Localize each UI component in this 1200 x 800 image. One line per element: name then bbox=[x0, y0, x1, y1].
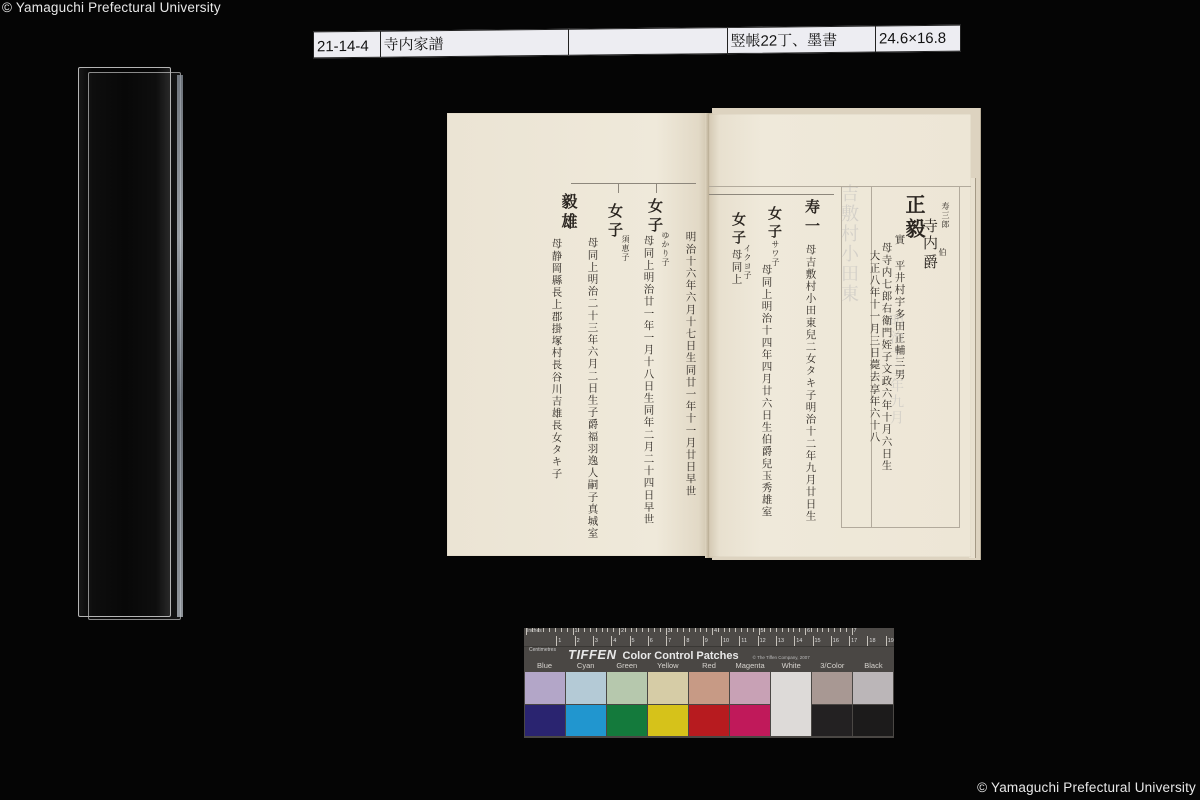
frame-line bbox=[841, 187, 842, 527]
entry-name: 寿一 bbox=[804, 199, 819, 237]
ruler-tick bbox=[532, 628, 533, 632]
ruler-tick bbox=[602, 628, 603, 632]
head-birth: 母寺内七郎右衛門姪子文政六年十月六日生 bbox=[881, 242, 892, 472]
ruler-cm-number: 15 bbox=[815, 638, 821, 644]
ruler-tick bbox=[822, 628, 823, 632]
ruler-inch-number: 2 bbox=[621, 628, 624, 634]
ruler-cm-number: 13 bbox=[778, 638, 784, 644]
ruler-cm-number: 12 bbox=[760, 638, 766, 644]
ruler-tick bbox=[729, 628, 730, 632]
ruler-inch-number: 6 bbox=[807, 628, 810, 634]
color-patch bbox=[689, 672, 729, 704]
document-title: 寺内家譜 bbox=[380, 29, 570, 58]
ruler-tick bbox=[660, 628, 661, 632]
entry-text: 母同上明治二十三年六月二日生子爵福羽逸人嗣子真城室 bbox=[587, 237, 598, 540]
entry-text: 母同上 bbox=[731, 249, 742, 285]
entry-subname: 須恵子 bbox=[621, 235, 629, 262]
entry-text: 母同上明治廿一年一月十八日生同年二月二十四日早世 bbox=[643, 235, 654, 525]
head-title: 寺内 bbox=[922, 218, 937, 252]
color-patch bbox=[730, 672, 770, 704]
ruler-cm-tick bbox=[794, 636, 795, 646]
patch-column-magenta bbox=[730, 672, 770, 736]
ruler-tick bbox=[555, 628, 556, 632]
ruler-tick bbox=[834, 628, 835, 632]
ruler-tick bbox=[625, 628, 626, 632]
ruler-tick bbox=[712, 628, 713, 635]
ruler-cm-tick bbox=[886, 636, 887, 646]
ruler-tick bbox=[689, 628, 690, 632]
ruler-cm-tick bbox=[703, 636, 704, 646]
ruler-tick bbox=[741, 628, 742, 632]
patch-label: Cyan bbox=[565, 661, 606, 670]
copyright-watermark-bottom: © Yamaguchi Prefectural University bbox=[977, 780, 1196, 795]
ruler-tick bbox=[666, 628, 667, 635]
color-patch bbox=[566, 672, 606, 704]
patch-column-white bbox=[771, 672, 811, 736]
ruler-cm-tick bbox=[593, 636, 594, 646]
ruler-cm-number: 7 bbox=[668, 638, 671, 644]
color-patch bbox=[812, 672, 852, 704]
color-patch bbox=[771, 672, 811, 736]
color-patch bbox=[853, 705, 893, 737]
ruler-cm-number: 19 bbox=[888, 638, 894, 644]
ruler-cm-number: 6 bbox=[650, 638, 653, 644]
open-document-book: 明治十六年六月十七日生同廿一年十一月廿日早世 女子 ゆかり子 母同上明治廿一年一… bbox=[447, 108, 982, 563]
document-size: 24.6×16.8 bbox=[875, 25, 961, 53]
color-patches bbox=[525, 672, 893, 736]
ruler-cm-number: 9 bbox=[705, 638, 708, 644]
ruler-tick bbox=[573, 628, 574, 635]
ruler-cm-tick bbox=[776, 636, 777, 646]
color-patch bbox=[648, 705, 688, 737]
ruler-tick bbox=[759, 628, 760, 635]
entry-name: 毅雄 bbox=[560, 193, 576, 233]
head-death: 大正八年十一月三日薨去享年六十八 bbox=[869, 250, 880, 444]
ruler-tick bbox=[613, 628, 614, 632]
ruler-cm-label: Centimetres bbox=[529, 647, 556, 653]
ruler-cm-number: 3 bbox=[595, 638, 598, 644]
ruler-tick bbox=[852, 628, 853, 635]
ruler-cm-number: 1 bbox=[558, 638, 561, 644]
ruler-cm-number: 16 bbox=[833, 638, 839, 644]
ruler-tick bbox=[648, 628, 649, 632]
measurement-ruler: Inches 123456712345678910111213141516171… bbox=[524, 628, 894, 647]
ruler-cm-number: 11 bbox=[741, 638, 747, 644]
entry-subname: イクヨ子 bbox=[743, 244, 751, 280]
patch-column-cyan bbox=[566, 672, 606, 736]
entry-text: 母同上明治十四年四月廿六日生伯爵兒玉秀雄室 bbox=[761, 264, 772, 518]
ruler-tick bbox=[584, 628, 585, 632]
patch-label: Blue bbox=[524, 661, 565, 670]
patch-label: Green bbox=[606, 661, 647, 670]
ruler-tick bbox=[631, 628, 632, 632]
ruler-cm-number: 2 bbox=[577, 638, 580, 644]
ruler-tick bbox=[695, 628, 696, 632]
entry-name: 女子 bbox=[607, 203, 622, 241]
ruler-cm-tick bbox=[666, 636, 667, 646]
frame-line bbox=[959, 187, 960, 527]
right-page: 吉敷村小田東 明治十二年九月 正毅 寿三郎 寺内 伯 爵 實 平井村宇多田正輔三… bbox=[709, 114, 971, 557]
color-patch bbox=[730, 705, 770, 737]
ruler-cm-tick bbox=[758, 636, 759, 646]
ruler-tick bbox=[811, 628, 812, 632]
ruler-tick bbox=[677, 628, 678, 632]
head-note: 寿三郎 bbox=[941, 202, 949, 229]
head-title-rank: 伯 bbox=[938, 248, 946, 257]
left-page: 明治十六年六月十七日生同廿一年十一月廿日早世 女子 ゆかり子 母同上明治廿一年一… bbox=[447, 113, 709, 556]
ruler-tick bbox=[706, 628, 707, 632]
genealogy-branch bbox=[618, 183, 619, 193]
color-patch bbox=[607, 705, 647, 737]
head-title-peerage: 爵 bbox=[922, 254, 937, 271]
label-blank-cell bbox=[568, 27, 728, 56]
ruler-inch-number: 7 bbox=[854, 628, 857, 634]
ruler-inch-number: 5 bbox=[761, 628, 764, 634]
color-patch bbox=[689, 705, 729, 737]
ruler-tick bbox=[817, 628, 818, 632]
ruler-tick bbox=[671, 628, 672, 632]
patch-label: Red bbox=[688, 661, 729, 670]
entry-name: 女子 bbox=[731, 212, 745, 248]
ruler-tick bbox=[642, 628, 643, 632]
ruler-cm-tick bbox=[611, 636, 612, 646]
ruler-tick bbox=[840, 628, 841, 632]
ruler-cm-tick bbox=[867, 636, 868, 646]
ruler-cm-tick bbox=[813, 636, 814, 646]
color-patch bbox=[812, 705, 852, 737]
entry-name: 女子 bbox=[767, 206, 781, 242]
ruler-cm-number: 5 bbox=[632, 638, 635, 644]
color-patch bbox=[853, 672, 893, 704]
color-patch bbox=[566, 705, 606, 737]
ruler-cm-tick bbox=[556, 636, 557, 646]
ruler-tick bbox=[793, 628, 794, 632]
tiffen-logo: TIFFEN bbox=[568, 647, 617, 662]
glass-front-plate bbox=[78, 67, 171, 617]
ruler-cm-number: 8 bbox=[686, 638, 689, 644]
ruler-tick bbox=[770, 628, 771, 632]
ruler-tick bbox=[764, 628, 765, 632]
ruler-cm-number: 14 bbox=[796, 638, 802, 644]
ruler-tick bbox=[753, 628, 754, 632]
ruler-tick bbox=[590, 628, 591, 632]
ruler-tick bbox=[735, 628, 736, 632]
color-control-chart: Inches 123456712345678910111213141516171… bbox=[524, 628, 894, 738]
patch-label: Magenta bbox=[730, 661, 771, 670]
ruler-tick bbox=[567, 628, 568, 632]
entry-name: 女子 bbox=[647, 198, 662, 236]
ruler-cm-tick bbox=[575, 636, 576, 646]
ruler-tick bbox=[636, 628, 637, 632]
ruler-tick bbox=[526, 628, 527, 635]
patch-column-red bbox=[689, 672, 729, 736]
chart-copyright: © The Tiffen Company, 2007 bbox=[753, 655, 810, 660]
patch-label: Yellow bbox=[647, 661, 688, 670]
ruler-inch-number: 1 bbox=[575, 628, 578, 634]
document-format: 竪帳22丁、墨書 bbox=[727, 26, 877, 55]
ruler-tick bbox=[718, 628, 719, 632]
ruler-tick bbox=[724, 628, 725, 632]
ruler-tick bbox=[683, 628, 684, 632]
ruler-tick bbox=[799, 628, 800, 632]
patch-column-black bbox=[853, 672, 893, 736]
glass-edge bbox=[177, 75, 183, 617]
ruler-tick bbox=[747, 628, 748, 632]
genealogy-connector bbox=[571, 183, 696, 184]
ruler-cm-tick bbox=[648, 636, 649, 646]
ruler-tick bbox=[543, 628, 544, 632]
glass-weight-bar bbox=[78, 67, 183, 621]
frame-line bbox=[709, 186, 971, 187]
genealogy-branch bbox=[656, 183, 657, 193]
ruler-tick bbox=[788, 628, 789, 632]
patch-label: 3/Color bbox=[812, 661, 853, 670]
catalog-id: 21-14-4 bbox=[313, 31, 381, 59]
ruler-inch-number: 3 bbox=[668, 628, 671, 634]
ruler-inch-number: 4 bbox=[714, 628, 717, 634]
patch-column-yellow bbox=[648, 672, 688, 736]
entry-text: 母吉敷村小田東兒二女タキ子明治十二年九月廿日生 bbox=[805, 244, 816, 522]
ruler-tick bbox=[538, 628, 539, 632]
color-patch bbox=[525, 705, 565, 737]
patch-label: White bbox=[771, 661, 812, 670]
color-patch bbox=[525, 672, 565, 704]
patch-label: Black bbox=[853, 661, 894, 670]
ruler-tick bbox=[596, 628, 597, 632]
color-patch bbox=[648, 672, 688, 704]
patch-names: BlueCyanGreenYellowRedMagentaWhite3/Colo… bbox=[524, 661, 894, 670]
entry-text: 母静岡縣長上郡掛塚村長谷川吉雄長女タキ子 bbox=[551, 238, 562, 480]
ruler-tick bbox=[782, 628, 783, 632]
ruler-tick bbox=[607, 628, 608, 632]
ruler-cm-tick bbox=[831, 636, 832, 646]
color-patch bbox=[607, 672, 647, 704]
ruler-cm-number: 17 bbox=[851, 638, 857, 644]
genealogy-connector bbox=[709, 194, 834, 195]
ruler-cm-tick bbox=[721, 636, 722, 646]
ruler-tick bbox=[828, 628, 829, 632]
ruler-cm-number: 18 bbox=[869, 638, 875, 644]
entry-text: 明治十六年六月十七日生同廿一年十一月廿日早世 bbox=[685, 231, 696, 497]
ruler-tick bbox=[561, 628, 562, 632]
ruler-cm-tick bbox=[739, 636, 740, 646]
ruler-inches-label: Inches bbox=[527, 628, 542, 634]
ruler-cm-number: 4 bbox=[613, 638, 616, 644]
ruler-cm-tick bbox=[849, 636, 850, 646]
ruler-tick bbox=[776, 628, 777, 632]
ruler-tick bbox=[578, 628, 579, 632]
catalog-label-strip: 21-14-4 寺内家譜 竪帳22丁、墨書 24.6×16.8 bbox=[313, 25, 963, 59]
copyright-watermark-top: © Yamaguchi Prefectural University bbox=[2, 0, 221, 15]
ruler-tick bbox=[619, 628, 620, 635]
ruler-tick bbox=[846, 628, 847, 632]
ruler-tick bbox=[805, 628, 806, 635]
ruler-tick bbox=[549, 628, 550, 632]
ruler-cm-tick bbox=[630, 636, 631, 646]
chart-brand-row: TIFFEN Color Control Patches © The Tiffe… bbox=[568, 647, 810, 662]
ruler-cm-tick bbox=[684, 636, 685, 646]
frame-line bbox=[841, 527, 960, 528]
entry-subname: サワ子 bbox=[771, 240, 779, 267]
ruler-cm-number: 10 bbox=[723, 638, 729, 644]
patch-column-green bbox=[607, 672, 647, 736]
patch-column-3-color bbox=[812, 672, 852, 736]
ruler-tick bbox=[700, 628, 701, 632]
ruler-tick bbox=[654, 628, 655, 632]
head-origin: 實 平井村宇多田正輔三男 bbox=[894, 234, 905, 381]
patch-column-blue bbox=[525, 672, 565, 736]
entry-subname: ゆかり子 bbox=[661, 231, 669, 267]
